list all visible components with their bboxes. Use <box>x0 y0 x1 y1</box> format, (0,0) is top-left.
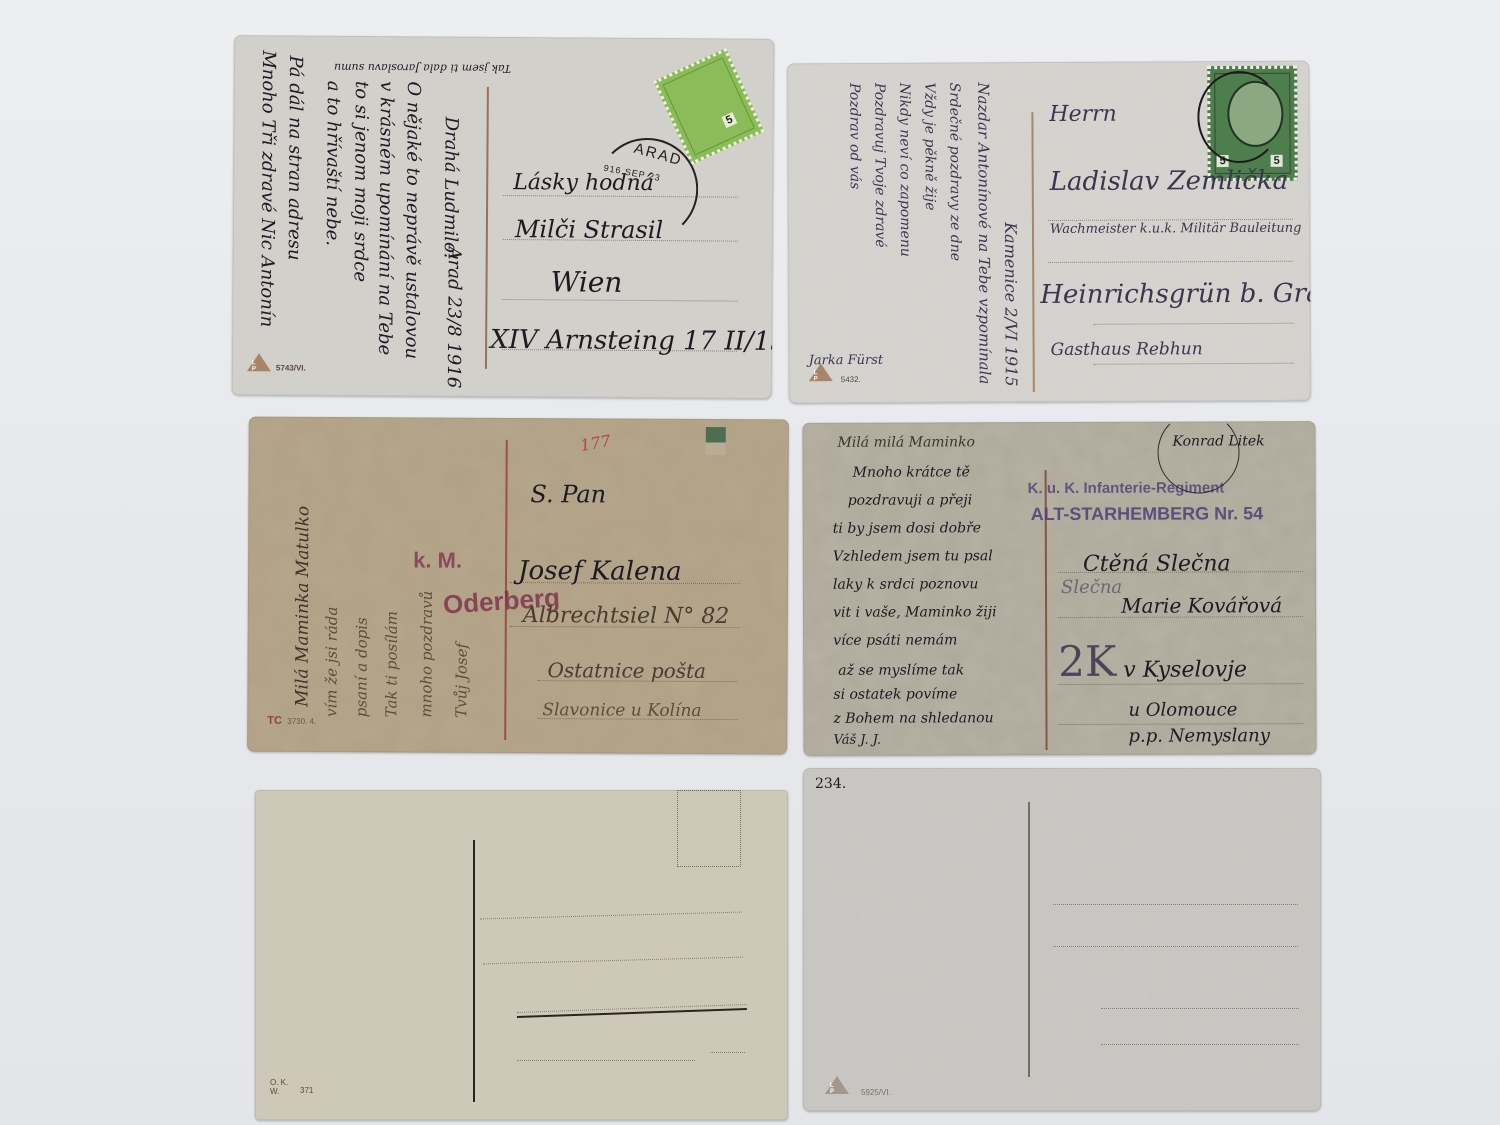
address-line <box>1053 904 1298 905</box>
address-line-1: Lásky hodná <box>513 170 654 196</box>
message-line: mnoho pozdravů <box>417 591 436 718</box>
red-pencil-note: 177 <box>579 431 612 455</box>
regiment-stamp-line2: ALT-STARHEMBERG Nr. 54 <box>1031 503 1263 525</box>
message-line: Pozdrav od vás <box>846 83 863 189</box>
message-date: Arad 23/8 1916 <box>443 247 465 389</box>
message-date: Kamenice 2/VI 1915 <box>1001 222 1021 386</box>
address-line-4: XIV Arnsteing 17 II/15. <box>490 325 774 357</box>
publisher-logo-triangle: L P <box>825 1076 849 1094</box>
message-line: Nikdy neví co zapomenu <box>896 83 913 257</box>
catalog-number: 3730. 4. <box>287 717 316 726</box>
message-line: Váš J. J. <box>834 733 882 748</box>
address-line-5: Slavonice u Kolína <box>542 700 701 721</box>
message-line: Tvůj Josef <box>452 643 470 718</box>
address-line-4: Ostatnice pošta <box>547 658 706 683</box>
address-line <box>502 299 737 302</box>
message-line: a to hřívaští nebe. <box>322 81 344 246</box>
pencil-inventory-note: 234. <box>815 776 846 792</box>
message-line: až se myslíme tak <box>838 662 964 678</box>
center-divider-line <box>485 87 489 369</box>
postcard-bottom-right: 234. L P 5925/VI. <box>803 768 1321 1111</box>
address-line-solid <box>517 1008 747 1018</box>
message-greeting: Drahá Ludmilo! <box>440 117 462 261</box>
message-line: vit i vaše, Maminko žiji <box>833 604 997 621</box>
catalog-number: 5432. <box>841 375 861 384</box>
message-line: z Bohem na shledanou <box>833 710 993 727</box>
publisher-mark: TC <box>267 715 282 727</box>
address-line-3: Albrechtsiel N° 82 <box>523 603 730 629</box>
message-line-upside-down: Tak jsem ti dala Jaroslavu sumu <box>334 61 511 75</box>
address-line <box>1101 1044 1299 1045</box>
message-line: Pozdravuj Tvoje zdravé <box>871 83 888 248</box>
message-line: Mnoho Tři zdravé Nic Antonín <box>256 50 279 327</box>
postcard-top-left: Drahá Ludmilo! Arad 23/8 1916 O nějaké t… <box>232 35 775 399</box>
message-line: psaní a dopis <box>352 617 371 717</box>
address-line-1: S. Pan <box>530 480 606 508</box>
message-line: v krásném upomínání na Tebe <box>374 81 397 355</box>
address-line <box>483 957 743 965</box>
message-line: O nějaké to neprávě ustalovou <box>401 81 424 359</box>
address-line <box>480 912 742 920</box>
address-line <box>517 1060 695 1061</box>
postcard-top-right: Kamenice 2/VI 1915 Nazdar Antonínové na … <box>787 61 1311 404</box>
address-line-3: Wien <box>550 265 622 299</box>
publisher-mark: O. K. W. <box>270 1078 290 1096</box>
address-line-3: Wachmeister k.u.k. Militär Bauleitung <box>1050 221 1302 237</box>
pencil-note: Slečna <box>1061 577 1122 598</box>
center-divider-line <box>1031 112 1034 392</box>
message-line: pozdravuji a přeji <box>848 492 973 508</box>
message-line: Pá dál na stran adresu <box>284 55 306 260</box>
address-line <box>1053 946 1298 947</box>
message-line: si ostatek povíme <box>833 686 957 702</box>
publisher-logo-triangle: L P <box>809 363 833 381</box>
address-line-1: Ctěná Slečna <box>1083 551 1231 577</box>
message-line: laky k srdci poznovu <box>833 576 978 593</box>
message-line: ti by jsem dosi dobře <box>833 520 981 537</box>
pencil-note-value: 2K <box>1058 637 1116 686</box>
torn-stamp-remnant <box>706 427 726 455</box>
stamp-placement-box <box>677 790 741 867</box>
rubber-stamp-line1: k. M. <box>413 547 462 573</box>
message-line: Milá Maminka Matulko <box>292 506 313 707</box>
address-line <box>1101 1008 1299 1009</box>
address-line-5: Gasthaus Rebhun <box>1051 339 1203 360</box>
address-line <box>1048 261 1293 263</box>
message-line: Mnoho krátce tě <box>853 464 970 480</box>
top-note: Konrad Litek <box>1172 433 1264 449</box>
address-line <box>710 1052 745 1053</box>
address-line-5: p.p. Nemyslany <box>1128 725 1269 746</box>
address-line-2: Marie Kovářová <box>1121 593 1282 618</box>
catalog-number: 5743/VI. <box>276 363 306 372</box>
message-line: vím že jsi ráda <box>322 607 341 717</box>
center-divider-line <box>473 840 475 1102</box>
address-line-4: u Olomouce <box>1128 699 1237 720</box>
address-line-2: Ladislav Zemlička <box>1050 166 1289 197</box>
center-divider-line <box>1028 802 1030 1077</box>
postcard-middle-left: Milá Maminka Matulko vím že jsi ráda psa… <box>247 417 789 755</box>
address-line-3: v Kyselovje <box>1123 657 1247 682</box>
publisher-logo-triangle: L P <box>247 353 271 371</box>
address-line <box>1094 363 1294 365</box>
address-line-2: Josef Kalena <box>518 556 682 587</box>
postcard-middle-right: Milá milá Maminko Mnoho krátce tě pozdra… <box>802 421 1316 756</box>
message-line: Vzhledem jsem tu psal <box>833 548 993 565</box>
postcard-bottom-left: O. K. W. 371 <box>255 790 788 1120</box>
address-line-1: Herrn <box>1049 102 1117 127</box>
postmark-circle <box>1197 71 1281 163</box>
message-line: více psáti nemám <box>833 632 957 648</box>
catalog-number: 5925/VI. <box>861 1088 891 1097</box>
message-line: to si jenom moji srdce <box>350 81 372 282</box>
message-line: Srdečné pozdravy ze dne <box>946 82 963 261</box>
catalog-number: 371 <box>300 1086 313 1095</box>
message-line: Milá milá Maminko <box>837 434 975 450</box>
address-line-2: Milči Strasil <box>515 215 663 244</box>
message-line: Nazdar Antonínové na Tebe vzpomínala <box>974 82 994 384</box>
message-line: Tak ti posílám <box>382 611 401 717</box>
address-line <box>1093 323 1293 325</box>
paper-texture <box>803 768 1321 1111</box>
message-line: Vždy je pěkně žije <box>921 83 938 211</box>
address-line-4: Heinrichsgrün b. Graslitz <box>1040 278 1311 310</box>
